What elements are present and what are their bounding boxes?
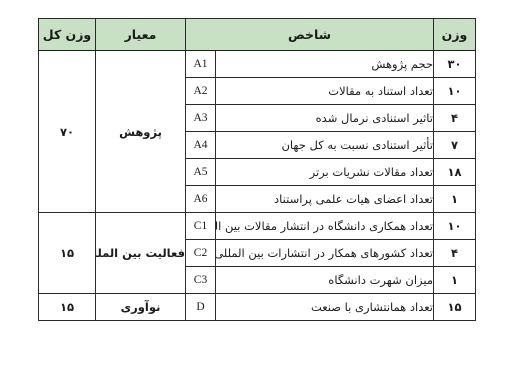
criterion-cell: نوآوری xyxy=(96,294,186,321)
weight-cell: ۱۵ xyxy=(434,294,476,321)
weight-cell: ۱۸ xyxy=(434,159,476,186)
indicator-cell: تعداد مقالات نشریات برتر xyxy=(216,159,434,186)
criterion-cell: فعالیت بین المللی xyxy=(96,213,186,294)
indicator-code-cell: A6 xyxy=(186,186,216,213)
table-row: ۳۰حجم پژوهشA1پژوهش۷۰ xyxy=(39,51,476,78)
indicator-cell: حجم پژوهش xyxy=(216,51,434,78)
weight-cell: ۳۰ xyxy=(434,51,476,78)
indicator-cell: تعداد استناد به مقالات xyxy=(216,78,434,105)
header-weight: وزن xyxy=(434,19,476,51)
indicator-code-cell: A2 xyxy=(186,78,216,105)
indicator-code-cell: A5 xyxy=(186,159,216,186)
weight-cell: ۴ xyxy=(434,105,476,132)
weight-cell: ۷ xyxy=(434,132,476,159)
total-weight-cell: ۱۵ xyxy=(39,294,96,321)
indicator-code-cell: C1 xyxy=(186,213,216,240)
header-row: وزن شاخص معیار وزن کل xyxy=(39,19,476,51)
table-body: ۳۰حجم پژوهشA1پژوهش۷۰۱۰تعداد استناد به مق… xyxy=(39,51,476,321)
weight-cell: ۴ xyxy=(434,240,476,267)
header-criterion: معیار xyxy=(96,19,186,51)
indicator-code-cell: C2 xyxy=(186,240,216,267)
indicator-cell: تعداد همکاری دانشگاه در انتشار مقالات بی… xyxy=(216,213,434,240)
table-row: ۱۵تعداد همانتشاری با صنعتDنوآوری۱۵ xyxy=(39,294,476,321)
document-page: وزن شاخص معیار وزن کل ۳۰حجم پژوهشA1پژوهش… xyxy=(0,0,527,381)
weight-cell: ۱ xyxy=(434,186,476,213)
header-indicator: شاخص xyxy=(186,19,434,51)
indicator-code-cell: C3 xyxy=(186,267,216,294)
indicator-cell: تأثیر استنادی نسبت به کل جهان xyxy=(216,132,434,159)
criterion-cell: پژوهش xyxy=(96,51,186,213)
indicator-code-cell: D xyxy=(186,294,216,321)
weight-cell: ۱ xyxy=(434,267,476,294)
indicator-cell: میزان شهرت دانشگاه xyxy=(216,267,434,294)
indicator-code-cell: A3 xyxy=(186,105,216,132)
weight-cell: ۱۰ xyxy=(434,213,476,240)
indicator-cell: تعداد اعضای هیات علمی پراستناد xyxy=(216,186,434,213)
header-total-weight: وزن کل xyxy=(39,19,96,51)
indicator-cell: تعداد کشورهای همکار در انتشارات بین المل… xyxy=(216,240,434,267)
total-weight-cell: ۱۵ xyxy=(39,213,96,294)
indicator-cell: تاثیر استنادی نرمال شده xyxy=(216,105,434,132)
indicator-cell: تعداد همانتشاری با صنعت xyxy=(216,294,434,321)
weight-cell: ۱۰ xyxy=(434,78,476,105)
criteria-table: وزن شاخص معیار وزن کل ۳۰حجم پژوهشA1پژوهش… xyxy=(38,18,476,321)
total-weight-cell: ۷۰ xyxy=(39,51,96,213)
table-row: ۱۰تعداد همکاری دانشگاه در انتشار مقالات … xyxy=(39,213,476,240)
indicator-code-cell: A4 xyxy=(186,132,216,159)
indicator-code-cell: A1 xyxy=(186,51,216,78)
